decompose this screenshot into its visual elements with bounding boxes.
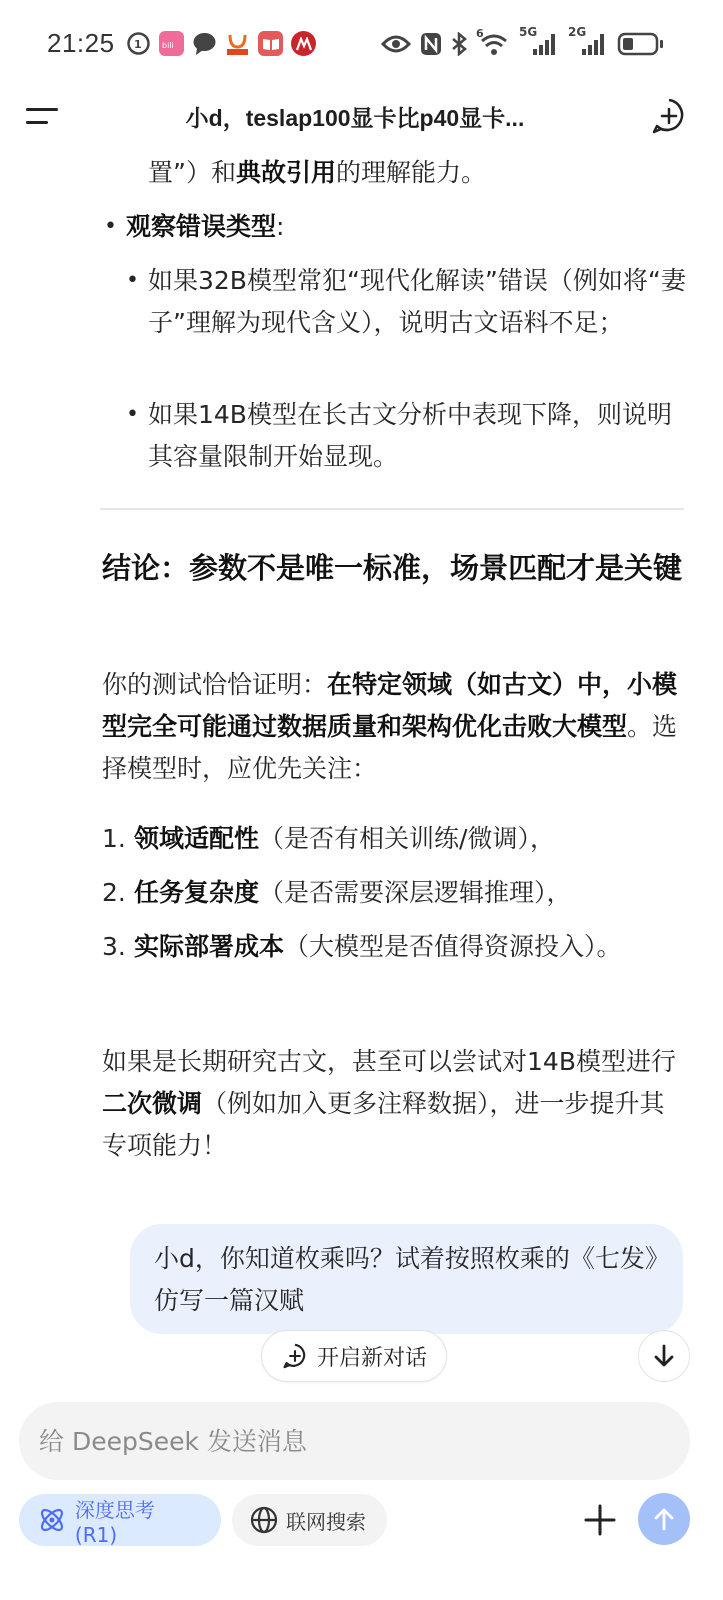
bluetooth-icon — [451, 32, 467, 56]
bullet-dot: • — [104, 206, 117, 248]
svg-text:bili: bili — [162, 41, 174, 50]
closing-paragraph: 如果是长期研究古文，甚至可以尝试对14B模型进行二次微调（例如加入更多注释数据）… — [102, 1041, 687, 1167]
plus-icon — [578, 1498, 622, 1542]
list-item-bold: 任务复杂度 — [134, 878, 259, 907]
bullet-colon: : — [276, 212, 284, 241]
svg-text:1: 1 — [134, 38, 142, 51]
sidebar-menu-button[interactable] — [22, 102, 62, 130]
start-new-conversation-button[interactable]: 开启新对话 — [261, 1330, 447, 1382]
paragraph-prefix: 如果是长期研究古文，甚至可以尝试对14B模型进行 — [102, 1047, 676, 1076]
user-message-text: 小d，你知道枚乘吗？试着按照枚乘的《七发》仿写一篇汉赋 — [154, 1238, 659, 1322]
sub-bullet-item: • 如果14B模型在长古文分析中表现下降，则说明其容量限制开始显现。 — [126, 394, 691, 478]
fragment-suffix: 的理解能力。 — [336, 158, 486, 187]
new-chat-icon — [281, 1342, 309, 1370]
arrow-down-icon — [651, 1343, 677, 1369]
conversation-area[interactable]: 置”）和典故引用的理解能力。 • 观察错误类型: • 如果32B模型常犯“现代化… — [0, 148, 723, 1388]
arrow-up-icon — [651, 1506, 677, 1532]
list-item-rest: （是否有相关训练/微调）， — [259, 824, 555, 853]
message-input-container[interactable] — [19, 1402, 690, 1480]
notification-icons: 1 bili — [126, 31, 316, 56]
sub-bullet-text: 如果14B模型在长古文分析中表现下降，则说明其容量限制开始显现。 — [148, 394, 691, 478]
deep-think-label: 深度思考 (R1) — [75, 1494, 203, 1547]
nfc-icon — [420, 32, 442, 56]
new-chat-button[interactable] — [649, 96, 689, 136]
menu-icon-line — [26, 121, 48, 124]
sub-bullet-item: • 如果32B模型常犯“现代化解读”错误（例如将“妻子”理解为现代含义），说明古… — [126, 260, 691, 344]
new-conversation-label: 开启新对话 — [317, 1341, 427, 1372]
priority-list: 1.领域适配性（是否有相关训练/微调）， 2.任务复杂度（是否需要深层逻辑推理）… — [102, 818, 687, 980]
new-chat-icon — [649, 96, 689, 136]
data-saver-icon: 1 — [126, 31, 151, 56]
chat-header: 小d，teslap100显卡比p40显卡... — [0, 88, 723, 148]
bullet-item-error-types: • 观察错误类型: — [104, 206, 284, 248]
cmb-bank-icon — [291, 31, 316, 56]
message-icon — [192, 31, 217, 56]
atom-icon — [37, 1505, 67, 1535]
menu-icon — [26, 108, 58, 111]
list-number: 1. — [102, 818, 126, 860]
conversation-title[interactable]: 小d，teslap100显卡比p40显卡... — [120, 100, 590, 133]
status-bar: 21:25 1 bili 6 5G 2 — [0, 0, 723, 88]
attach-button[interactable] — [578, 1498, 622, 1542]
signal-2g-icon: 2G — [568, 31, 608, 57]
bullet-dot: • — [126, 394, 139, 436]
conclusion-paragraph: 你的测试恰恰证明：在特定领域（如古文）中，小模型完全可能通过数据质量和架构优化击… — [102, 664, 687, 790]
user-message-bubble[interactable]: 小d，你知道枚乘吗？试着按照枚乘的《七发》仿写一篇汉赋 — [130, 1224, 683, 1334]
bullet-dot: • — [126, 260, 139, 302]
send-button[interactable] — [638, 1493, 690, 1545]
message-input[interactable] — [39, 1427, 670, 1456]
bullet-label: 观察错误类型 — [126, 212, 276, 241]
paragraph-bold: 二次微调 — [102, 1089, 202, 1118]
deep-think-toggle[interactable]: 深度思考 (R1) — [19, 1494, 221, 1546]
sub-bullet-text: 如果32B模型常犯“现代化解读”错误（例如将“妻子”理解为现代含义），说明古文语… — [148, 260, 691, 344]
list-item: 2.任务复杂度（是否需要深层逻辑推理）， — [102, 872, 687, 914]
list-item: 3.实际部署成本（大模型是否值得资源投入）。 — [102, 926, 662, 968]
list-item-rest: （是否需要深层逻辑推理）， — [259, 878, 572, 907]
web-search-toggle[interactable]: 联网搜索 — [232, 1494, 387, 1546]
list-item: 1.领域适配性（是否有相关训练/微调）， — [102, 818, 687, 860]
list-item-rest: （大模型是否值得资源投入）。 — [284, 932, 622, 961]
fragment-bold: 典故引用 — [236, 158, 336, 187]
list-item-bold: 领域适配性 — [134, 824, 259, 853]
eye-comfort-icon — [381, 34, 411, 54]
signal-5g-icon: 5G — [519, 31, 559, 57]
status-time: 21:25 — [47, 28, 115, 59]
battery-icon — [617, 31, 665, 57]
fragment-prefix: 置”）和 — [148, 158, 236, 187]
paragraph-prefix: 你的测试恰恰证明： — [102, 670, 327, 699]
scroll-to-bottom-button[interactable] — [638, 1330, 690, 1382]
conclusion-heading: 结论：参数不是唯一标准，场景匹配才是关键 — [102, 546, 682, 590]
wifi-6-icon: 6 — [476, 31, 510, 57]
globe-icon — [250, 1506, 278, 1534]
bilibili-icon: bili — [159, 31, 184, 56]
didi-icon — [225, 31, 250, 56]
system-icons: 6 5G 2G — [381, 31, 665, 57]
list-item-bold: 实际部署成本 — [134, 932, 284, 961]
web-search-label: 联网搜索 — [286, 1506, 366, 1535]
section-divider — [100, 508, 684, 510]
list-number: 3. — [102, 926, 126, 968]
list-number: 2. — [102, 872, 126, 914]
reader-icon — [258, 31, 283, 56]
response-fragment: 置”）和典故引用的理解能力。 — [148, 152, 486, 194]
